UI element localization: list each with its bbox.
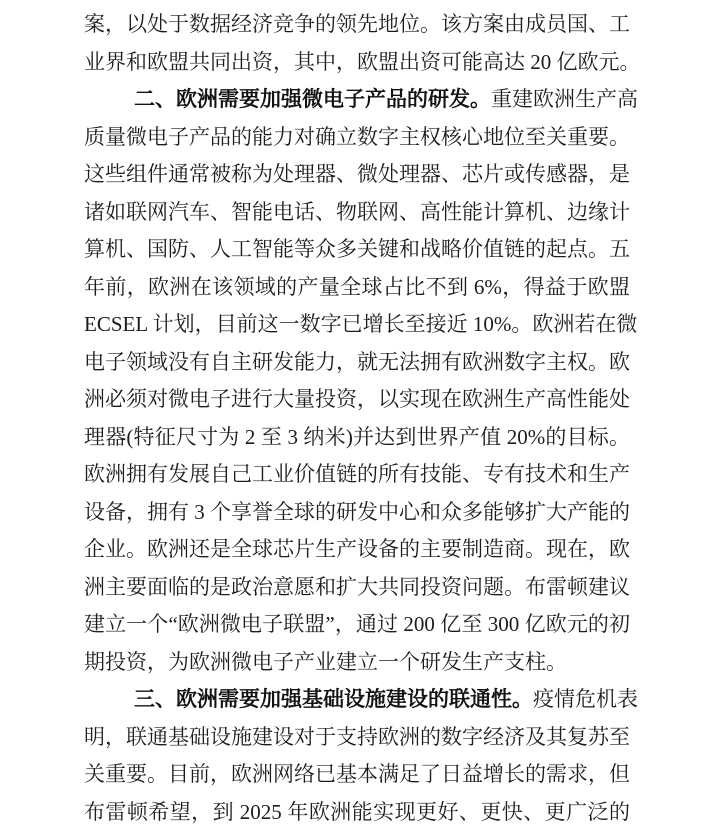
text-line: 理器(特征尺寸为 2 至 3 纳米)并达到世界产值 20%的目标。: [84, 419, 630, 457]
text-line: 业界和欧盟共同出资，其中，欧盟出资可能高达 20 亿欧元。: [84, 44, 630, 82]
body-text: 企业。欧洲还是全球芯片生产设备的主要制造商。现在，欧: [84, 537, 630, 561]
text-line: 算机、国防、人工智能等众多关键和战略价值链的起点。五: [84, 231, 630, 269]
text-line: 欧洲拥有发展自己工业价值链的所有技能、专有技术和生产: [84, 456, 630, 494]
body-text: 这些组件通常被称为处理器、微处理器、芯片或传感器，是: [84, 162, 630, 186]
text-line: 质量微电子产品的能力对确立数字主权核心地位至关重要。: [84, 119, 630, 157]
heading-line: 三、欧洲需要加强基础设施建设的联通性。疫情危机表: [84, 681, 630, 719]
body-text: 电子领域没有自主研发能力，就无法拥有欧洲数字主权。欧: [84, 350, 630, 374]
body-text: 年前，欧洲在该领域的产量全球占比不到 6%，得益于欧盟: [84, 275, 630, 299]
body-text: 建立一个“欧洲微电子联盟”，通过 200 亿至 300 亿欧元的初: [84, 612, 630, 636]
text-line: 建立一个“欧洲微电子联盟”，通过 200 亿至 300 亿欧元的初: [84, 606, 630, 644]
text-line: 这些组件通常被称为处理器、微处理器、芯片或传感器，是: [84, 156, 630, 194]
body-text: 设备，拥有 3 个享誉全球的研发中心和众多能够扩大产能的: [84, 500, 630, 524]
text-line: 明，联通基础设施建设对于支持欧洲的数字经济及其复苏至: [84, 719, 630, 757]
text-line: 关重要。目前，欧洲网络已基本满足了日益增长的需求，但: [84, 756, 630, 794]
text-line: 设备，拥有 3 个享誉全球的研发中心和众多能够扩大产能的: [84, 494, 630, 532]
text-line: 年前，欧洲在该领域的产量全球占比不到 6%，得益于欧盟: [84, 269, 630, 307]
text-line: 洲必须对微电子进行大量投资，以实现在欧洲生产高性能处: [84, 381, 630, 419]
text-line: 案，以处于数据经济竞争的领先地位。该方案由成员国、工: [84, 6, 630, 44]
body-text: 布雷顿希望，到 2025 年欧洲能实现更好、更快、更广泛的: [84, 800, 630, 824]
text-line: 电子领域没有自主研发能力，就无法拥有欧洲数字主权。欧: [84, 344, 630, 382]
body-text: 期投资，为欧洲微电子产业建立一个研发生产支柱。: [84, 650, 567, 674]
heading-bold-text: 二、欧洲需要加强微电子产品的研发。: [134, 88, 491, 111]
document-page: 案，以处于数据经济竞争的领先地位。该方案由成员国、工业界和欧盟共同出资，其中，欧…: [0, 0, 708, 836]
text-line: 洲主要面临的是政治意愿和扩大共同投资问题。布雷顿建议: [84, 569, 630, 607]
text-column: 案，以处于数据经济竞争的领先地位。该方案由成员国、工业界和欧盟共同出资，其中，欧…: [84, 6, 630, 831]
text-line: 企业。欧洲还是全球芯片生产设备的主要制造商。现在，欧: [84, 531, 630, 569]
text-line: 诸如联网汽车、智能电话、物联网、高性能计算机、边缘计: [84, 194, 630, 232]
text-line: ECSEL 计划，目前这一数字已增长至接近 10%。欧洲若在微: [84, 306, 630, 344]
text-line: 布雷顿希望，到 2025 年欧洲能实现更好、更快、更广泛的: [84, 794, 630, 832]
heading-bold-text: 三、欧洲需要加强基础设施建设的联通性。: [134, 688, 533, 711]
body-text: 算机、国防、人工智能等众多关键和战略价值链的起点。五: [84, 237, 630, 261]
text-line: 期投资，为欧洲微电子产业建立一个研发生产支柱。: [84, 644, 630, 682]
body-text: 理器(特征尺寸为 2 至 3 纳米)并达到世界产值 20%的目标。: [84, 425, 630, 449]
body-text: 欧洲拥有发展自己工业价值链的所有技能、专有技术和生产: [84, 462, 630, 486]
body-text: 洲主要面临的是政治意愿和扩大共同投资问题。布雷顿建议: [84, 575, 630, 599]
body-text: 诸如联网汽车、智能电话、物联网、高性能计算机、边缘计: [84, 200, 630, 224]
body-text: 关重要。目前，欧洲网络已基本满足了日益增长的需求，但: [84, 762, 630, 786]
heading-line: 二、欧洲需要加强微电子产品的研发。重建欧洲生产高: [84, 81, 630, 119]
body-text: 洲必须对微电子进行大量投资，以实现在欧洲生产高性能处: [84, 387, 630, 411]
body-text: 案，以处于数据经济竞争的领先地位。该方案由成员国、工: [84, 12, 630, 36]
body-text: 重建欧洲生产高: [491, 87, 638, 111]
body-text: 业界和欧盟共同出资，其中，欧盟出资可能高达 20 亿欧元。: [84, 50, 641, 74]
body-text: 质量微电子产品的能力对确立数字主权核心地位至关重要。: [84, 125, 630, 149]
body-text: ECSEL 计划，目前这一数字已增长至接近 10%。欧洲若在微: [84, 312, 637, 336]
body-text: 明，联通基础设施建设对于支持欧洲的数字经济及其复苏至: [84, 725, 630, 749]
body-text: 疫情危机表: [533, 687, 638, 711]
